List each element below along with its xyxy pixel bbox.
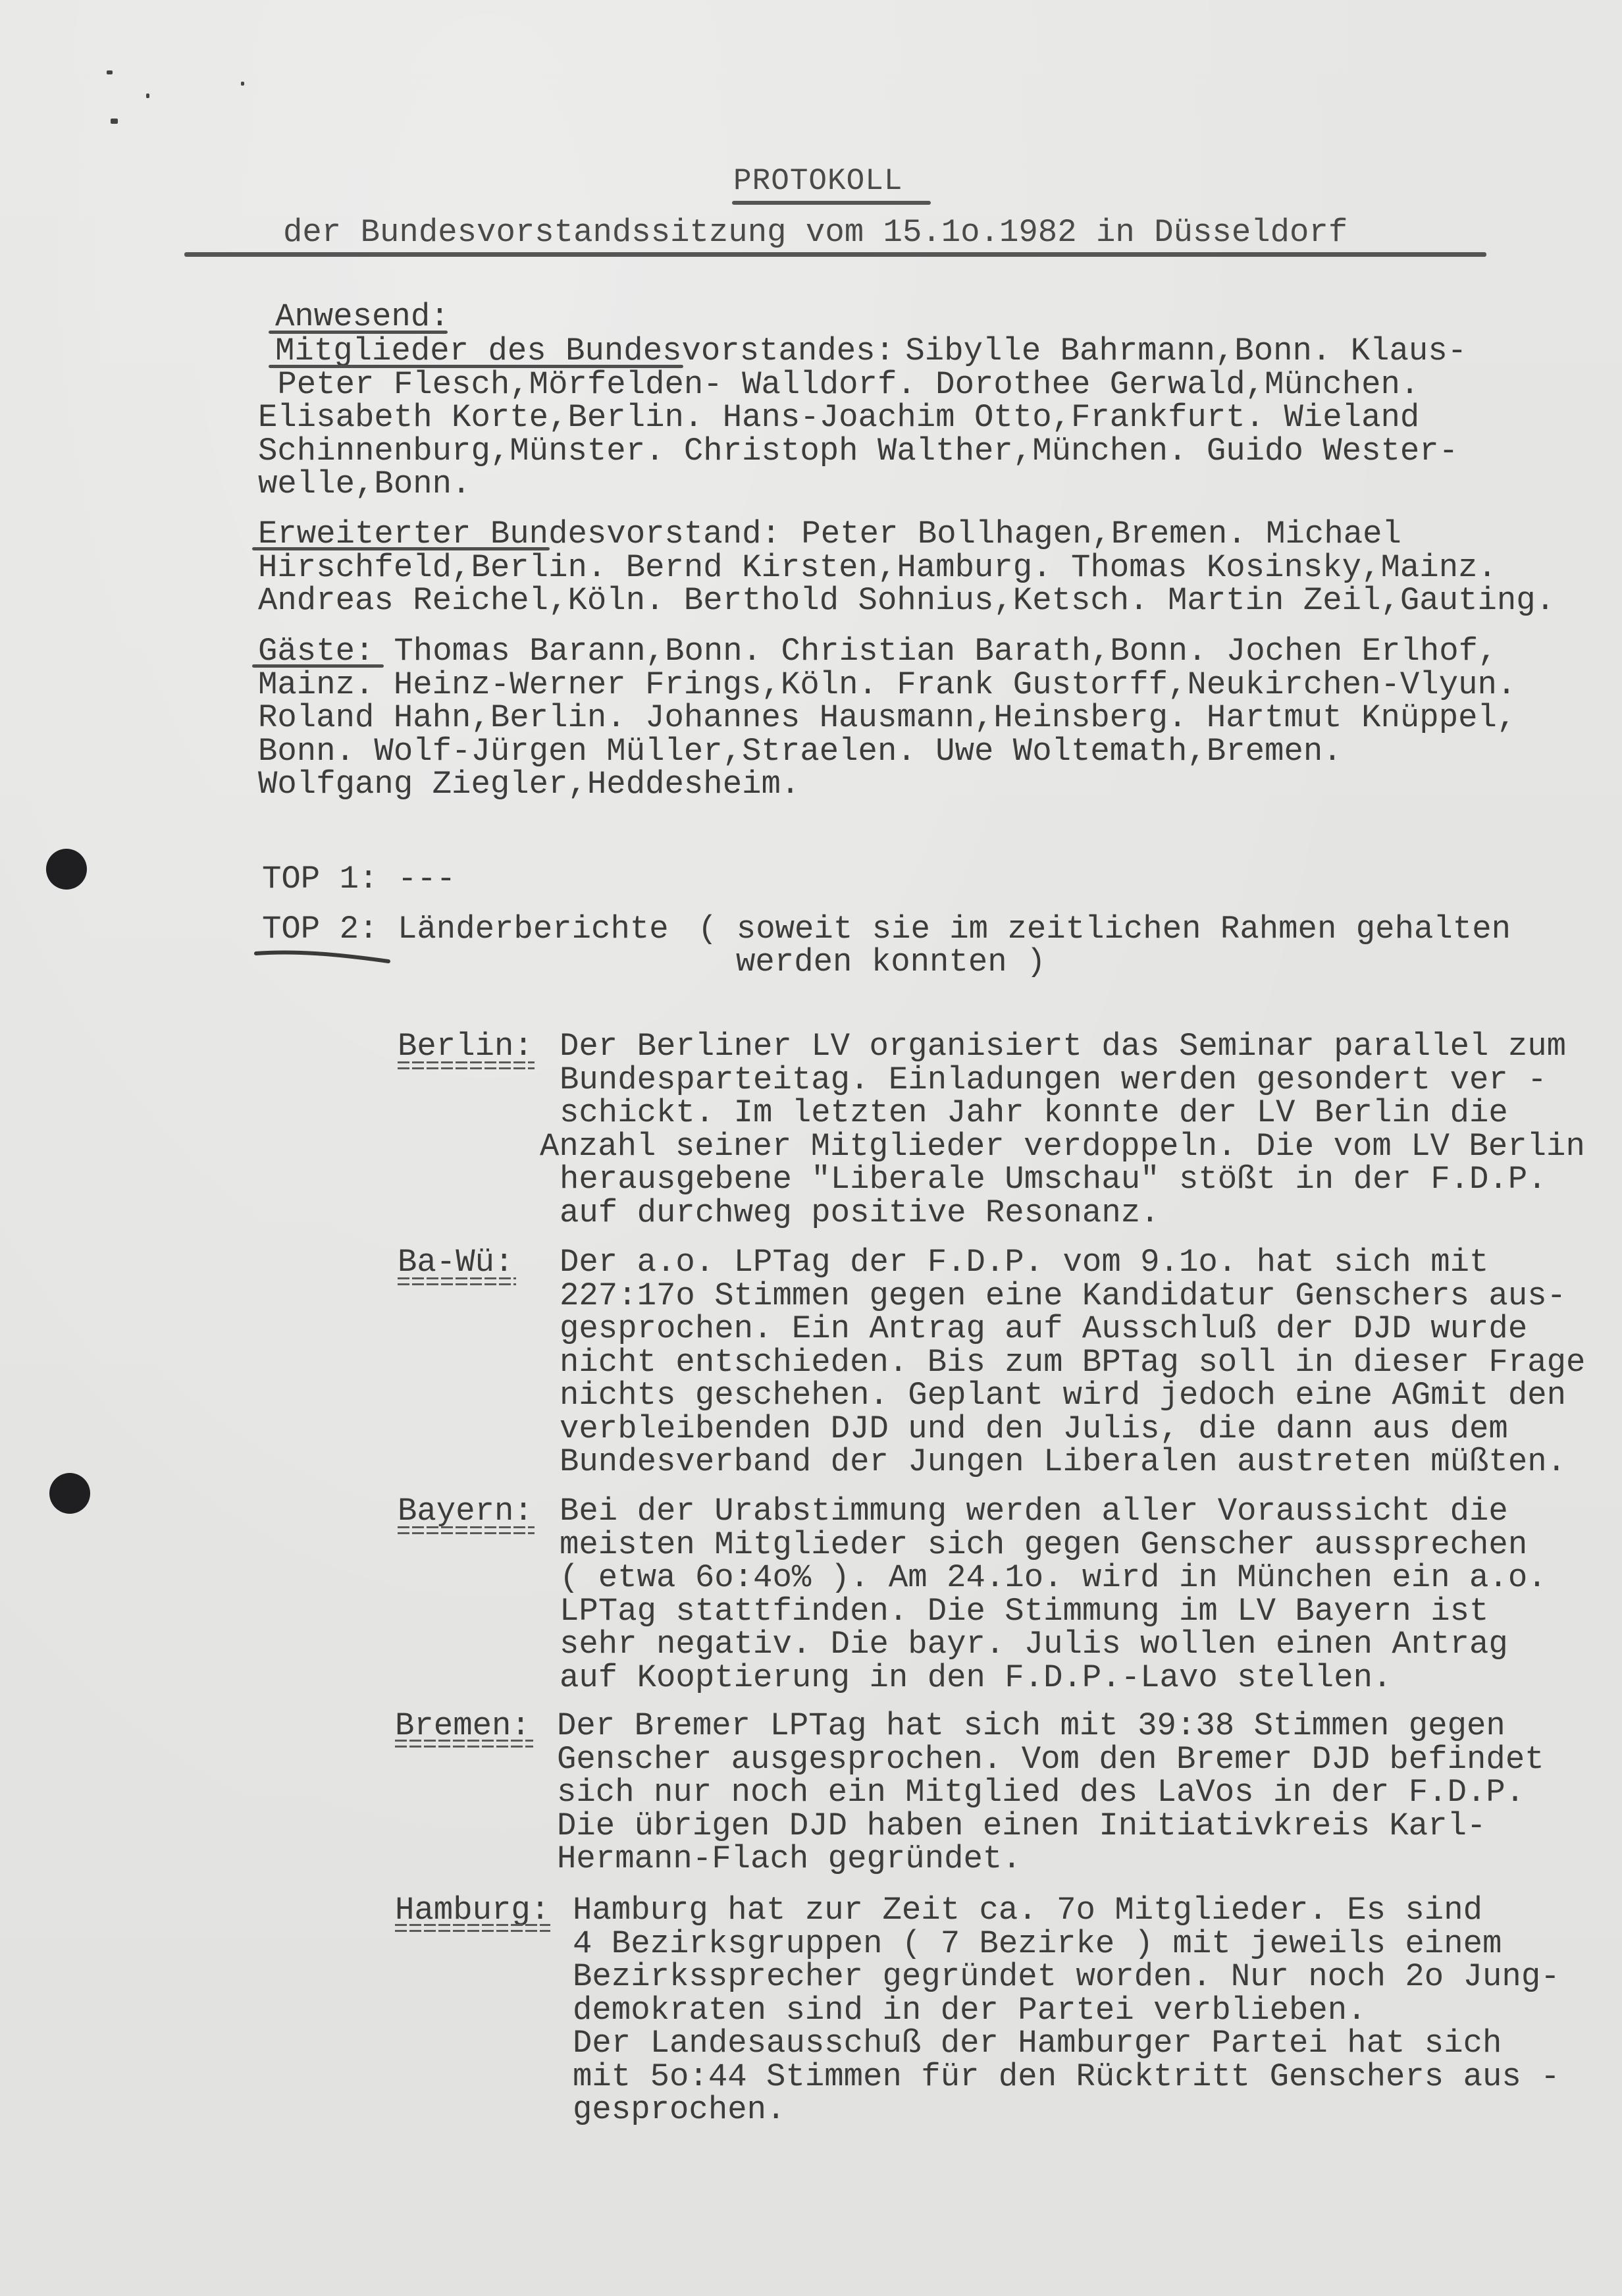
report-label-bayern: Bayern: — [398, 1495, 533, 1528]
agenda-top1-text: --- — [398, 863, 456, 895]
document-title: PROTOKOLL — [733, 165, 903, 198]
report-label-ba-wue: Ba-Wü: — [398, 1246, 513, 1279]
report-line: herausgebene "Liberale Umschau" stößt in… — [560, 1163, 1585, 1196]
report-label-underline — [398, 1061, 535, 1069]
report-label-bremen: Bremen: — [395, 1709, 531, 1742]
board-members-line: Peter Flesch,Mörfelden- Walldorf. Doroth… — [258, 368, 1467, 402]
report-line: Der Berliner LV organisiert das Seminar … — [560, 1030, 1585, 1063]
report-label-underline — [395, 1924, 550, 1932]
extended-board-line: Peter Bollhagen,Bremen. Michael — [258, 518, 1555, 551]
report-line: auf durchweg positive Resonanz. — [560, 1196, 1585, 1230]
staple-mark — [111, 119, 118, 124]
report-label-underline — [395, 1740, 533, 1748]
board-members-line: Schinnenburg,Münster. Christoph Walther,… — [258, 435, 1467, 468]
agenda-top2-note: werden konnten ) — [736, 946, 1045, 978]
report-line: mit 5o:44 Stimmen für den Rücktritt Gens… — [573, 2060, 1560, 2094]
report-line: ( etwa 6o:4o% ). Am 24.1o. wird in Münch… — [560, 1561, 1547, 1595]
attendance-heading: Anwesend: — [275, 300, 450, 333]
report-ba-wue: Der a.o. LPTag der F.D.P. vom 9.1o. hat … — [560, 1246, 1585, 1479]
guests-line: Thomas Barann,Bonn. Christian Barath,Bon… — [258, 635, 1516, 668]
report-line: sich nur noch ein Mitglied des LaVos in … — [557, 1776, 1544, 1809]
agenda-top1-label: TOP 1: — [262, 863, 378, 895]
guests-list: Thomas Barann,Bonn. Christian Barath,Bon… — [258, 635, 1516, 801]
report-bayern: Bei der Urabstimmung werden aller Voraus… — [560, 1495, 1547, 1694]
report-line: auf Kooptierung in den F.D.P.-Lavo stell… — [560, 1661, 1547, 1695]
extended-board-line: Andreas Reichel,Köln. Berthold Sohnius,K… — [258, 584, 1555, 618]
report-line: Anzahl seiner Mitglieder verdoppeln. Die… — [540, 1130, 1585, 1163]
report-line: gesprochen. Ein Antrag auf Ausschluß der… — [560, 1312, 1585, 1346]
document-page: PROTOKOLL der Bundesvorstandssitzung vom… — [0, 0, 1622, 2296]
report-label-underline — [398, 1526, 535, 1534]
board-members-line: Sibylle Bahrmann,Bonn. Klaus- — [258, 334, 1467, 368]
board-members-line: Elisabeth Korte,Berlin. Hans-Joachim Ott… — [258, 401, 1467, 435]
report-line: Genscher ausgesprochen. Vom den Bremer D… — [557, 1743, 1544, 1776]
guests-line: Bonn. Wolf-Jürgen Müller,Straelen. Uwe W… — [258, 735, 1516, 768]
report-berlin: Der Berliner LV organisiert das Seminar … — [560, 1030, 1585, 1229]
report-line: LPTag stattfinden. Die Stimmung im LV Ba… — [560, 1595, 1547, 1628]
report-hamburg: Hamburg hat zur Zeit ca. 7o Mitglieder. … — [573, 1894, 1560, 2127]
report-bremen: Der Bremer LPTag hat sich mit 39:38 Stim… — [557, 1709, 1544, 1876]
report-line: Der a.o. LPTag der F.D.P. vom 9.1o. hat … — [560, 1246, 1585, 1279]
agenda-top2-title: Länderberichte — [398, 913, 669, 946]
report-line: gesprochen. — [573, 2093, 1560, 2127]
report-label-underline — [398, 1277, 516, 1285]
report-line: Hamburg hat zur Zeit ca. 7o Mitglieder. … — [573, 1894, 1560, 1927]
punch-hole — [49, 1473, 90, 1514]
report-line: Bezirkssprecher gegründet worden. Nur no… — [573, 1960, 1560, 1994]
report-label-berlin: Berlin: — [398, 1030, 533, 1063]
report-line: 227:17o Stimmen gegen eine Kandidatur Ge… — [560, 1279, 1585, 1313]
report-line: 4 Bezirksgruppen ( 7 Bezirke ) mit jewei… — [573, 1927, 1560, 1961]
guests-line: Roland Hahn,Berlin. Johannes Hausmann,He… — [258, 701, 1516, 735]
board-members-list: Sibylle Bahrmann,Bonn. Klaus- Peter Fles… — [258, 334, 1467, 501]
report-line: meisten Mitglieder sich gegen Genscher a… — [560, 1528, 1547, 1562]
report-line: Der Landesausschuß der Hamburger Partei … — [573, 2027, 1560, 2060]
guests-line: Mainz. Heinz-Werner Frings,Köln. Frank G… — [258, 668, 1516, 702]
extended-board-line: Hirschfeld,Berlin. Bernd Kirsten,Hamburg… — [258, 551, 1555, 585]
extended-board-list: Peter Bollhagen,Bremen. Michael Hirschfe… — [258, 518, 1555, 618]
report-line: Bundesverband der Jungen Liberalen austr… — [560, 1445, 1585, 1479]
punch-hole — [46, 849, 87, 890]
report-label-hamburg: Hamburg: — [395, 1894, 550, 1927]
subtitle-underline — [184, 252, 1486, 257]
agenda-top2-note: ( soweit sie im zeitlichen Rahmen gehalt… — [698, 913, 1511, 946]
staple-mark — [146, 93, 149, 98]
report-line: sehr negativ. Die bayr. Julis wollen ein… — [560, 1628, 1547, 1661]
report-line: Der Bremer LPTag hat sich mit 39:38 Stim… — [557, 1709, 1544, 1743]
report-line: Bei der Urabstimmung werden aller Voraus… — [560, 1495, 1547, 1528]
report-line: Die übrigen DJD haben einen Initiativkre… — [557, 1809, 1544, 1843]
guests-line: Wolfgang Ziegler,Heddesheim. — [258, 768, 1516, 801]
title-underline — [732, 201, 931, 205]
staple-mark — [107, 70, 113, 74]
report-line: nicht entschieden. Bis zum BPTag soll in… — [560, 1346, 1585, 1379]
report-line: nichts geschehen. Geplant wird jedoch ei… — [560, 1379, 1585, 1412]
agenda-top2-label: TOP 2: — [262, 913, 378, 946]
document-subtitle: der Bundesvorstandssitzung vom 15.1o.198… — [283, 214, 1347, 251]
report-line: verbleibenden DJD und den Julis, die dan… — [560, 1412, 1585, 1446]
handwritten-underline — [253, 948, 398, 968]
report-line: Hermann-Flach gegründet. — [557, 1842, 1544, 1876]
report-line: schickt. Im letzten Jahr konnte der LV B… — [560, 1096, 1585, 1130]
report-line: demokraten sind in der Partei verblieben… — [573, 1994, 1560, 2027]
report-line: Bundesparteitag. Einladungen werden geso… — [560, 1063, 1585, 1097]
board-members-line: welle,Bonn. — [258, 467, 1467, 501]
staple-mark — [241, 82, 244, 86]
